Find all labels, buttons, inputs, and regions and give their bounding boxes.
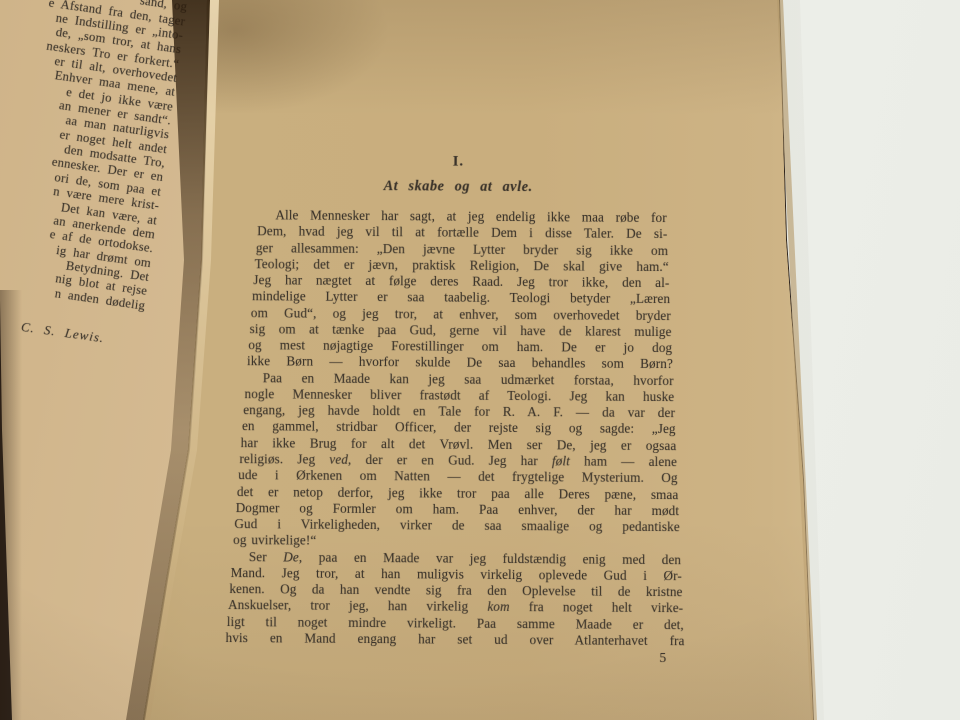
left-page-lines: stsand, oge Afstand fra den, tagerne Ind… (0, 0, 190, 313)
photo-left-edge-shadow (0, 290, 22, 720)
chapter-title: At skabe og at avle. (229, 177, 688, 197)
right-page-text: I. At skabe og at avle. Alle Mennesker h… (225, 146, 688, 709)
chapter-number: I. (229, 152, 688, 172)
body-text-line: hvis en Mand engang har set ud over Atla… (226, 630, 685, 649)
body-text: Alle Mennesker har sagt, at jeg endelig … (226, 207, 688, 649)
page-number: 5 (659, 650, 666, 666)
open-book-photo: stsand, oge Afstand fra den, tagerne Ind… (0, 0, 960, 720)
left-page-text: stsand, oge Afstand fra den, tagerne Ind… (0, 0, 190, 351)
